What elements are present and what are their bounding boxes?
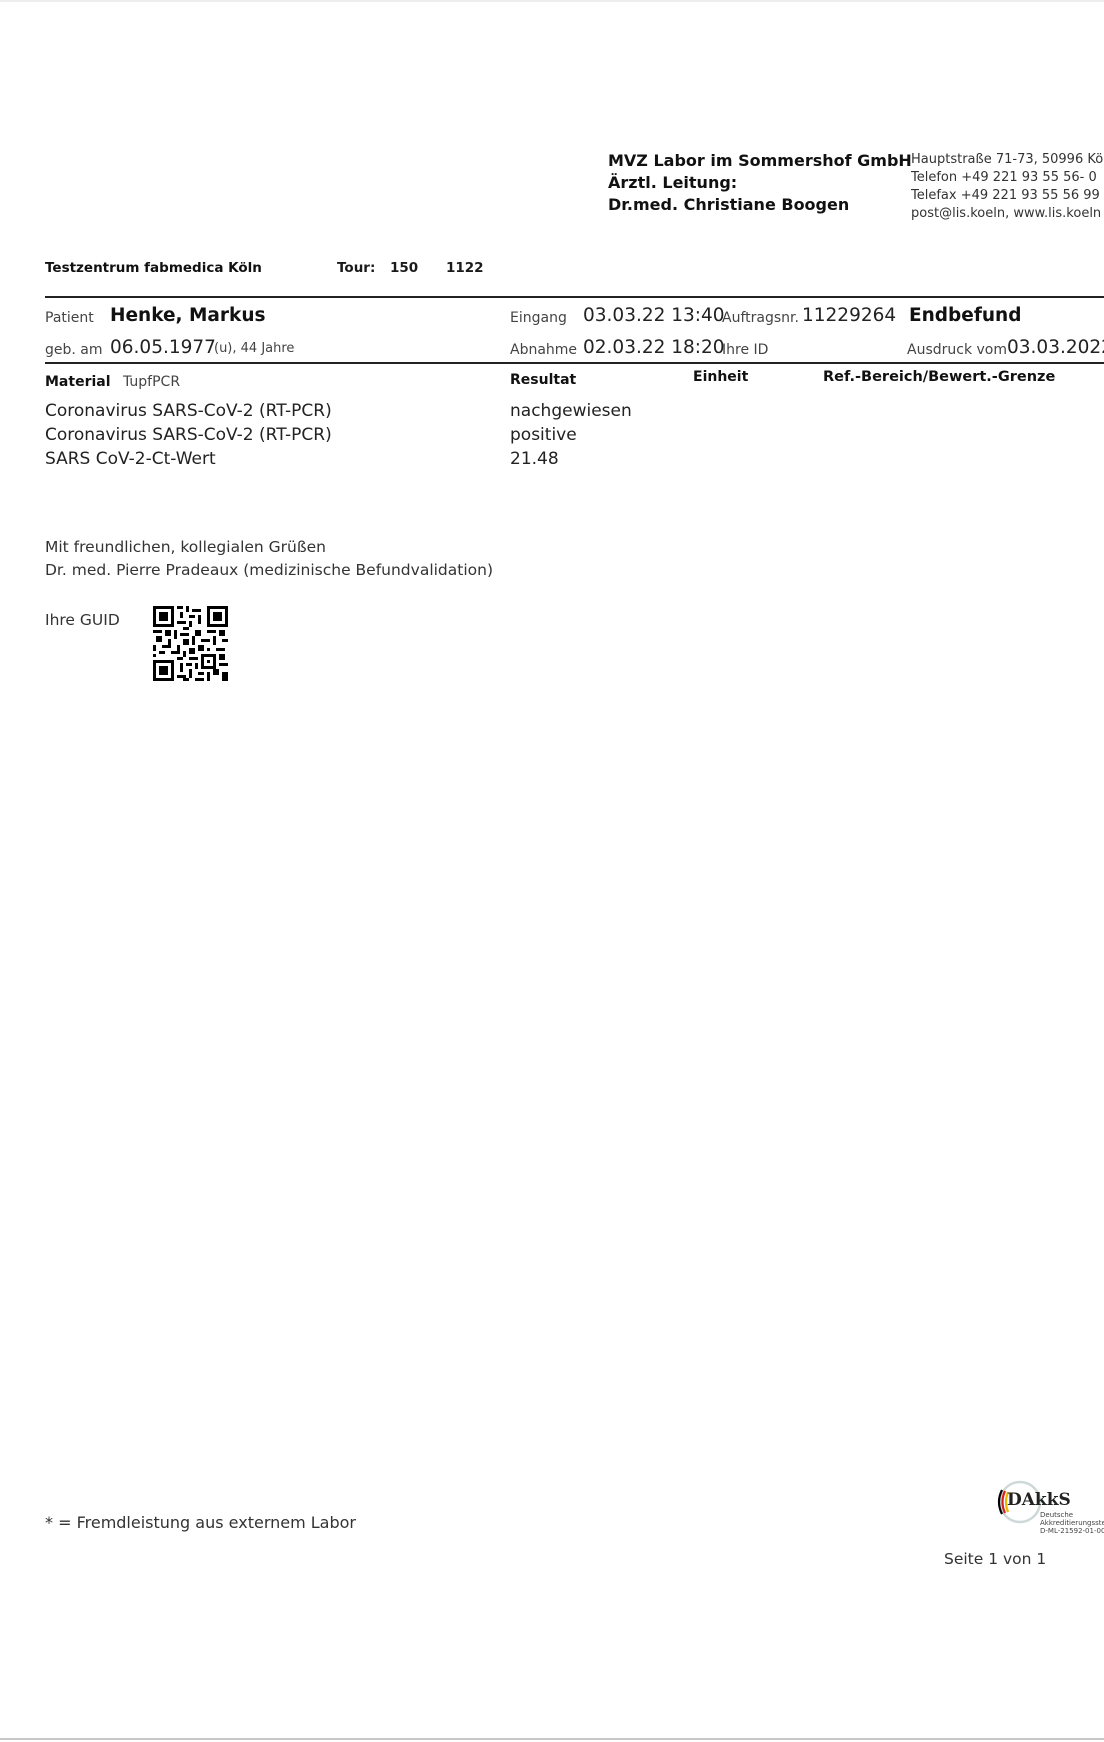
divider-patient: [45, 362, 1104, 364]
lab-telefon: Telefon +49 221 93 55 56- 0: [911, 169, 1104, 187]
top-border: [0, 0, 1104, 2]
patient-label: Patient: [45, 310, 94, 326]
sender-name: Testzentrum fabmedica Köln: [45, 260, 262, 276]
dakks-line2: Akkreditierungsstelle: [1040, 1519, 1104, 1527]
eingang-value: 03.03.22 13:40: [583, 305, 725, 326]
test-result: nachgewiesen: [510, 399, 632, 423]
dakks-caption: Deutsche Akkreditierungsstelle D-ML-2159…: [1040, 1511, 1104, 1535]
tour-number: 150: [390, 260, 418, 276]
column-ref-bereich: Ref.-Bereich/Bewert.-Grenze: [823, 369, 1055, 385]
lab-leitung-label: Ärztl. Leitung:: [608, 172, 912, 194]
column-resultat: Resultat: [510, 372, 576, 388]
auftrag-value: 11229264: [802, 305, 896, 326]
column-einheit: Einheit: [693, 369, 748, 385]
dakks-logo: DAkkS Deutsche Akkreditierungsstelle D-M…: [990, 1480, 1104, 1540]
test-name: Coronavirus SARS-CoV-2 (RT-PCR): [45, 399, 332, 423]
abnahme-value: 02.03.22 18:20: [583, 337, 725, 358]
test-result: 21.48: [510, 447, 559, 471]
ihre-id-label: Ihre ID: [722, 342, 768, 358]
dakks-line3: D-ML-21592-01-00: [1040, 1527, 1104, 1535]
divider-top: [45, 296, 1104, 298]
lab-leitung-name: Dr.med. Christiane Boogen: [608, 194, 912, 216]
lab-contact: Hauptstraße 71-73, 50996 Köln Telefon +4…: [911, 151, 1104, 223]
qr-code-icon: [153, 606, 228, 681]
patient-name: Henke, Markus: [110, 305, 266, 326]
test-name: Coronavirus SARS-CoV-2 (RT-PCR): [45, 423, 332, 447]
test-name: SARS CoV-2-Ct-Wert: [45, 447, 216, 471]
test-result: positive: [510, 423, 577, 447]
lab-name: MVZ Labor im Sommershof GmbH: [608, 150, 912, 172]
ausdruck-label: Ausdruck vom: [907, 342, 1007, 358]
auftrag-label: Auftragsnr.: [722, 310, 799, 326]
lab-web: post@lis.koeln, www.lis.koeln: [911, 205, 1104, 223]
lab-header: MVZ Labor im Sommershof GmbH Ärztl. Leit…: [608, 150, 912, 216]
tour-code: 1122: [446, 260, 484, 276]
eingang-label: Eingang: [510, 310, 567, 326]
ausdruck-value: 03.03.2022: [1007, 337, 1104, 358]
dob-value: 06.05.1977: [110, 337, 216, 358]
lab-address: Hauptstraße 71-73, 50996 Köln: [911, 151, 1104, 169]
tour-label: Tour:: [337, 260, 375, 276]
dakks-logo-text: DAkkS: [1007, 1490, 1071, 1510]
bottom-border: [0, 1738, 1104, 1740]
abnahme-label: Abnahme: [510, 342, 577, 358]
material-value: TupfPCR: [123, 374, 180, 390]
page-number: Seite 1 von 1: [944, 1548, 1046, 1571]
greeting: Mit freundlichen, kollegialen Grüßen: [45, 536, 326, 559]
material-label: Material: [45, 374, 111, 390]
sex-age: (u), 44 Jahre: [214, 341, 294, 356]
lab-telefax: Telefax +49 221 93 55 56 99: [911, 187, 1104, 205]
footnote: * = Fremdleistung aus externem Labor: [45, 1511, 356, 1534]
signer: Dr. med. Pierre Pradeaux (medizinische B…: [45, 559, 493, 582]
report-status: Endbefund: [909, 305, 1021, 326]
dakks-line1: Deutsche: [1040, 1511, 1104, 1519]
dob-label: geb. am: [45, 342, 103, 358]
guid-label: Ihre GUID: [45, 609, 120, 632]
